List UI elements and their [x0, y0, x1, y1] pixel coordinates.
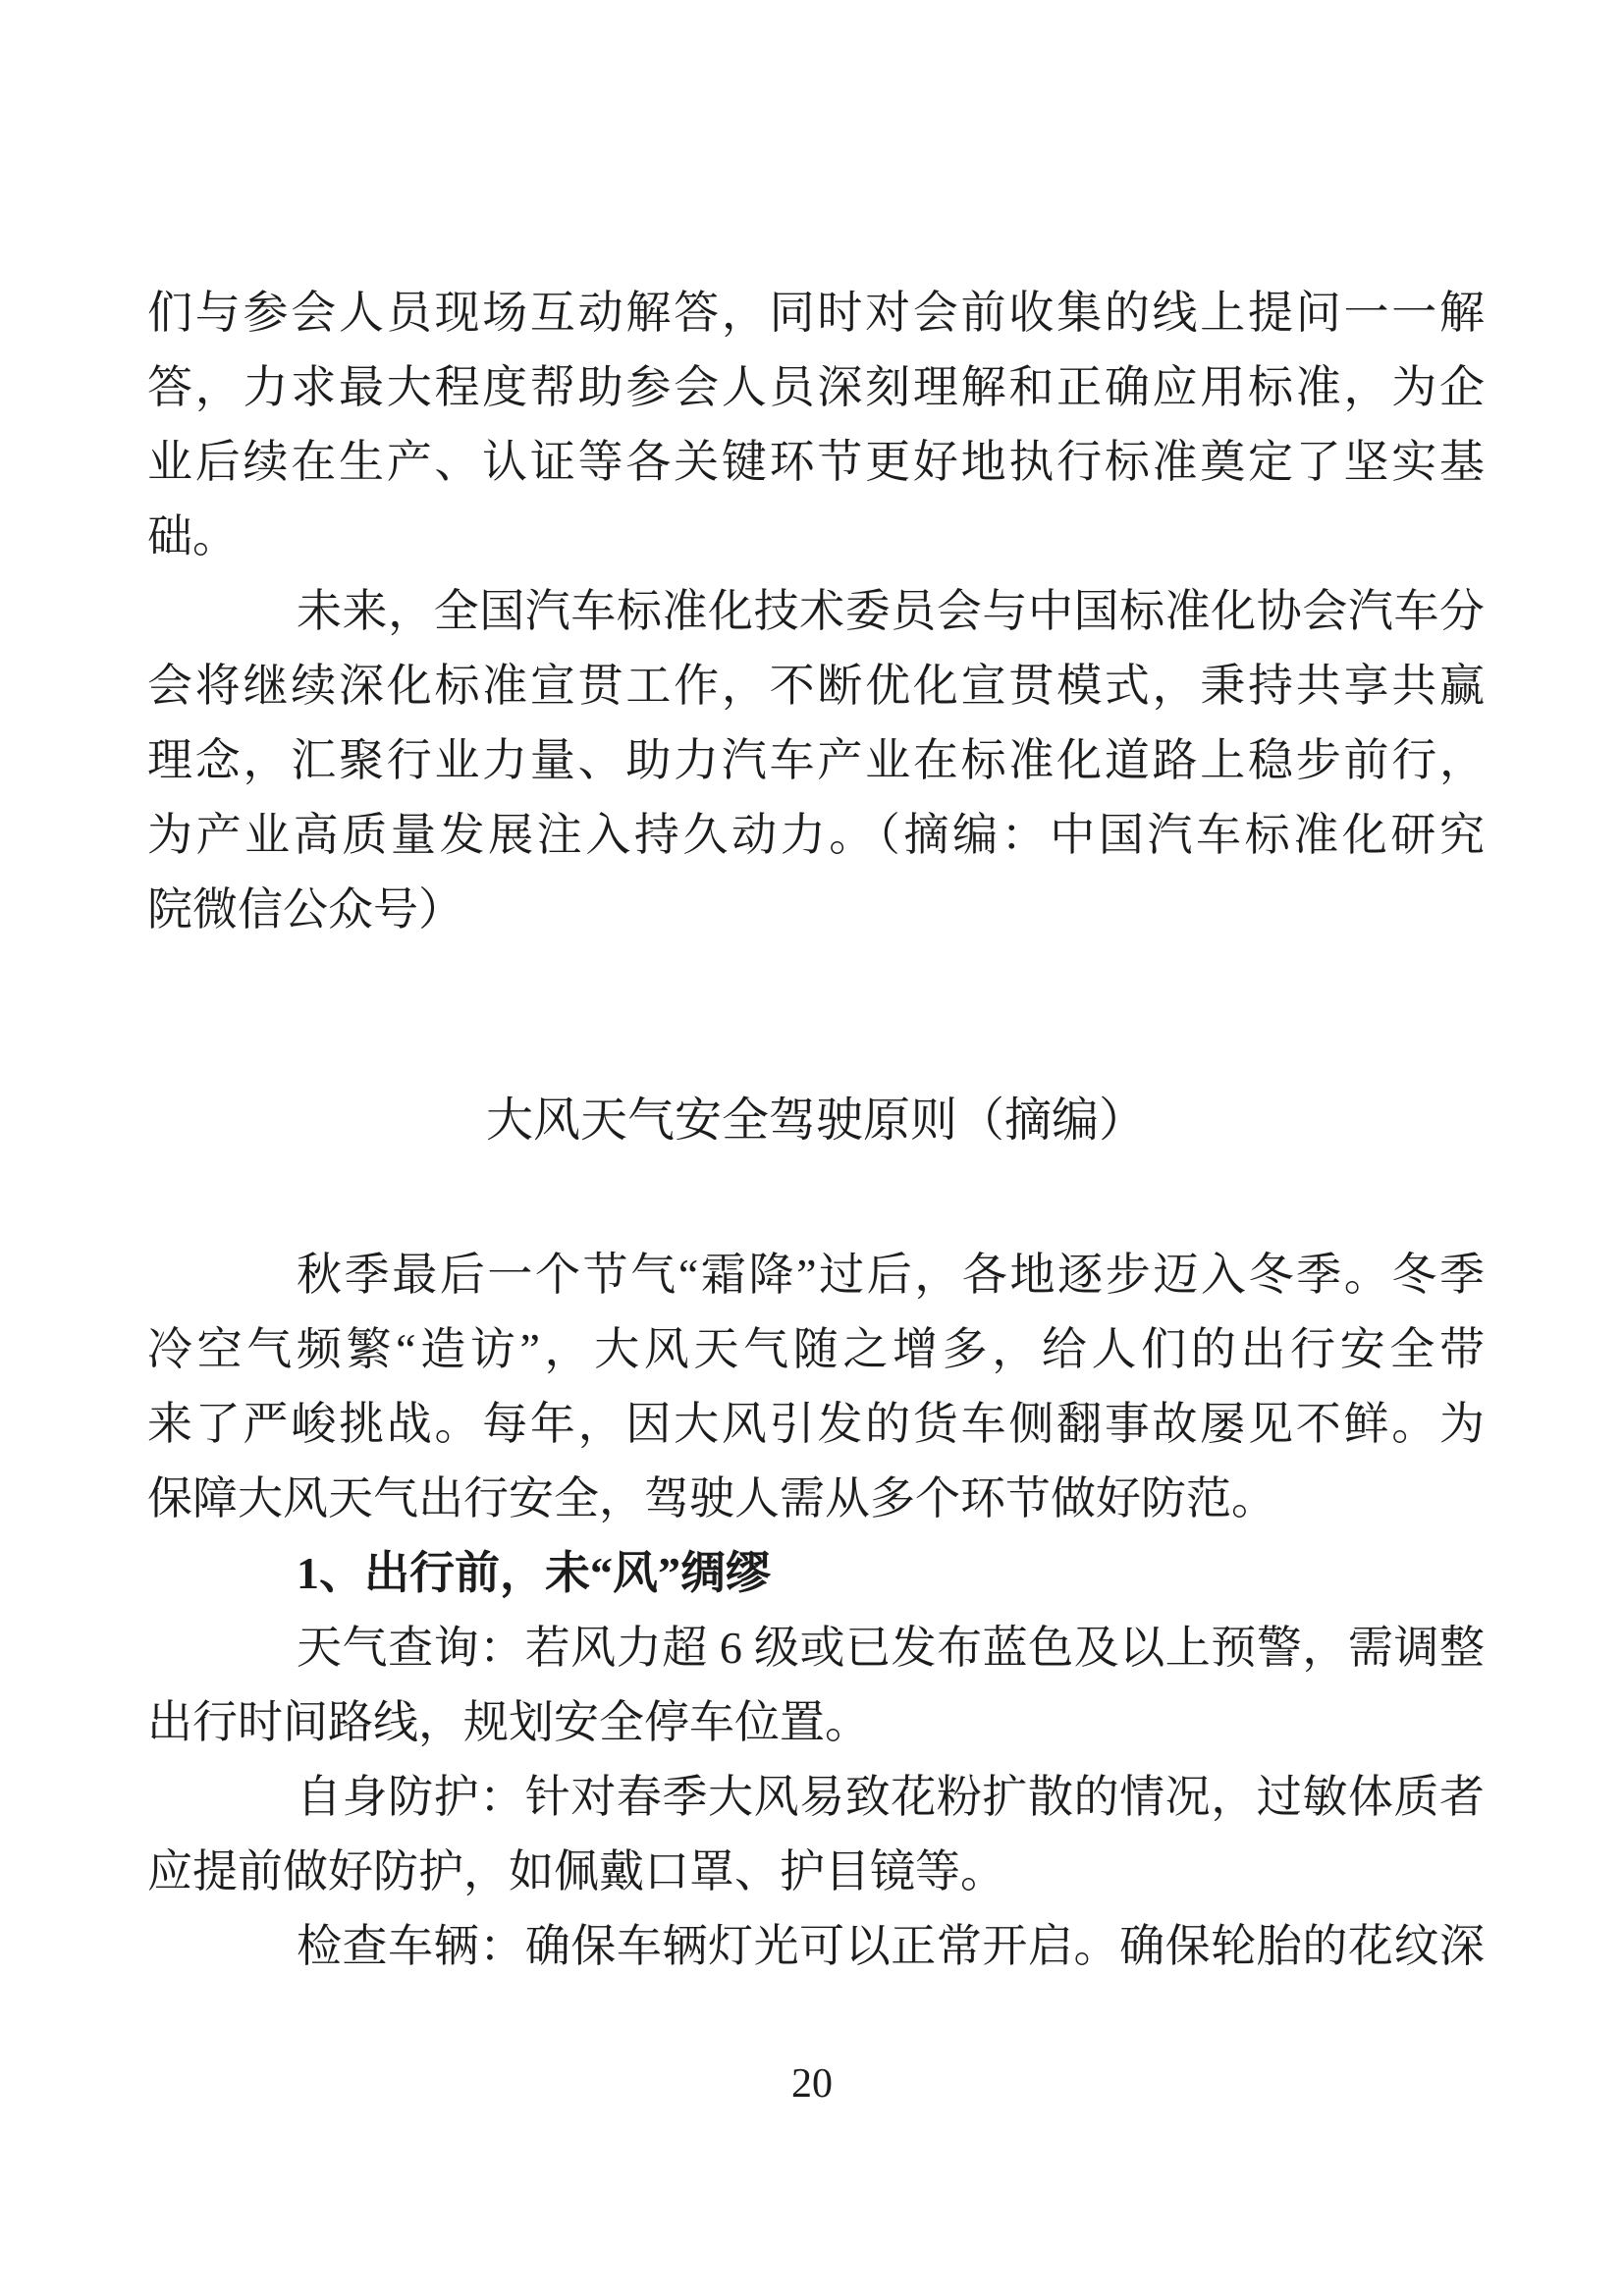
page-number: 20 — [0, 2047, 1624, 2121]
text-line: 为产业高质量发展注入持久动力。（摘编：中国汽车标准化研究 — [147, 798, 1485, 873]
text-line: 秋季最后一个节气“霜降”过后，各地逐步迈入冬季。冬季 — [147, 1238, 1485, 1312]
text-line: 们与参会人员现场互动解答，同时对会前收集的线上提问一一解 — [147, 276, 1485, 350]
section-heading: 大风天气安全驾驶原则（摘编） — [147, 1084, 1485, 1158]
text-line: 答，力求最大程度帮助参会人员深刻理解和正确应用标准，为企 — [147, 350, 1485, 425]
paragraph: 天气查询：若风力超 6 级或已发布蓝色及以上预警，需调整 出行时间路线，规划安全… — [147, 1611, 1485, 1760]
text-line: 冷空气频繁“造访”，大风天气随之增多，给人们的出行安全带 — [147, 1312, 1485, 1387]
document-page: 们与参会人员现场互动解答，同时对会前收集的线上提问一一解 答，力求最大程度帮助参… — [0, 0, 1624, 2296]
text-line: 自身防护：针对春季大风易致花粉扩散的情况，过敏体质者 — [147, 1760, 1485, 1835]
paragraph: 秋季最后一个节气“霜降”过后，各地逐步迈入冬季。冬季 冷空气频繁“造访”，大风天… — [147, 1238, 1485, 1536]
paragraph: 自身防护：针对春季大风易致花粉扩散的情况，过敏体质者 应提前做好防护，如佩戴口罩… — [147, 1760, 1485, 1909]
page-body-text: 们与参会人员现场互动解答，同时对会前收集的线上提问一一解 答，力求最大程度帮助参… — [147, 276, 1485, 1984]
subsection-heading: 1、出行前，未“风”绸缪 — [147, 1536, 1485, 1611]
text-line: 保障大风天气出行安全，驾驶人需从多个环节做好防范。 — [147, 1462, 1485, 1536]
text-line: 来了严峻挑战。每年，因大风引发的货车侧翻事故屡见不鲜。为 — [147, 1387, 1485, 1462]
text-line: 天气查询：若风力超 6 级或已发布蓝色及以上预警，需调整 — [147, 1611, 1485, 1685]
text-line: 检查车辆：确保车辆灯光可以正常开启。确保轮胎的花纹深 — [147, 1909, 1485, 1984]
text-line: 应提前做好防护，如佩戴口罩、护目镜等。 — [147, 1835, 1485, 1909]
text-line: 出行时间路线，规划安全停车位置。 — [147, 1685, 1485, 1760]
paragraph: 检查车辆：确保车辆灯光可以正常开启。确保轮胎的花纹深 — [147, 1909, 1485, 1984]
text-line: 会将继续深化标准宣贯工作，不断优化宣贯模式，秉持共享共赢 — [147, 649, 1485, 723]
text-line: 业后续在生产、认证等各关键环节更好地执行标准奠定了坚实基 — [147, 425, 1485, 500]
paragraph: 们与参会人员现场互动解答，同时对会前收集的线上提问一一解 答，力求最大程度帮助参… — [147, 276, 1485, 574]
text-line: 院微信公众号） — [147, 873, 1485, 947]
paragraph: 未来，全国汽车标准化技术委员会与中国标准化协会汽车分 会将继续深化标准宣贯工作，… — [147, 574, 1485, 947]
text-line: 理念，汇聚行业力量、助力汽车产业在标准化道路上稳步前行， — [147, 723, 1485, 798]
text-line: 未来，全国汽车标准化技术委员会与中国标准化协会汽车分 — [147, 574, 1485, 649]
text-line: 础。 — [147, 500, 1485, 574]
